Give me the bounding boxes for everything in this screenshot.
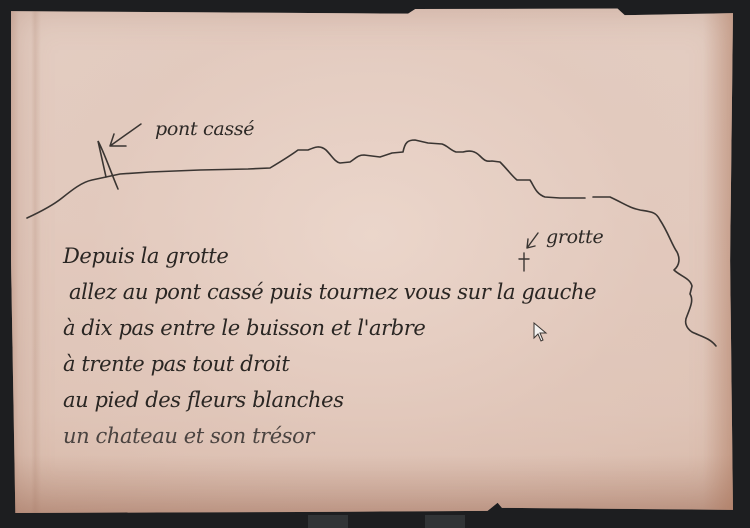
instruction-line: au pied des fleurs blanches <box>63 382 596 418</box>
instruction-line: à trente pas tout droit <box>63 346 596 382</box>
label-broken-bridge: pont cassé <box>155 118 254 140</box>
instruction-line: à dix pas entre le buisson et l'arbre <box>63 310 596 346</box>
game-scene: pont cassé grotte Depuis la grotte allez… <box>0 0 750 528</box>
treasure-instructions: Depuis la grotte allez au pont cassé pui… <box>63 238 596 454</box>
instruction-line: allez au pont cassé puis tournez vous su… <box>63 274 596 310</box>
stand-leg-right <box>425 515 465 528</box>
arrow-cursor-icon <box>533 322 549 342</box>
instruction-line: un chateau et son trésor <box>63 418 596 454</box>
stand-leg-left <box>308 515 348 528</box>
instruction-line: Depuis la grotte <box>63 238 596 274</box>
